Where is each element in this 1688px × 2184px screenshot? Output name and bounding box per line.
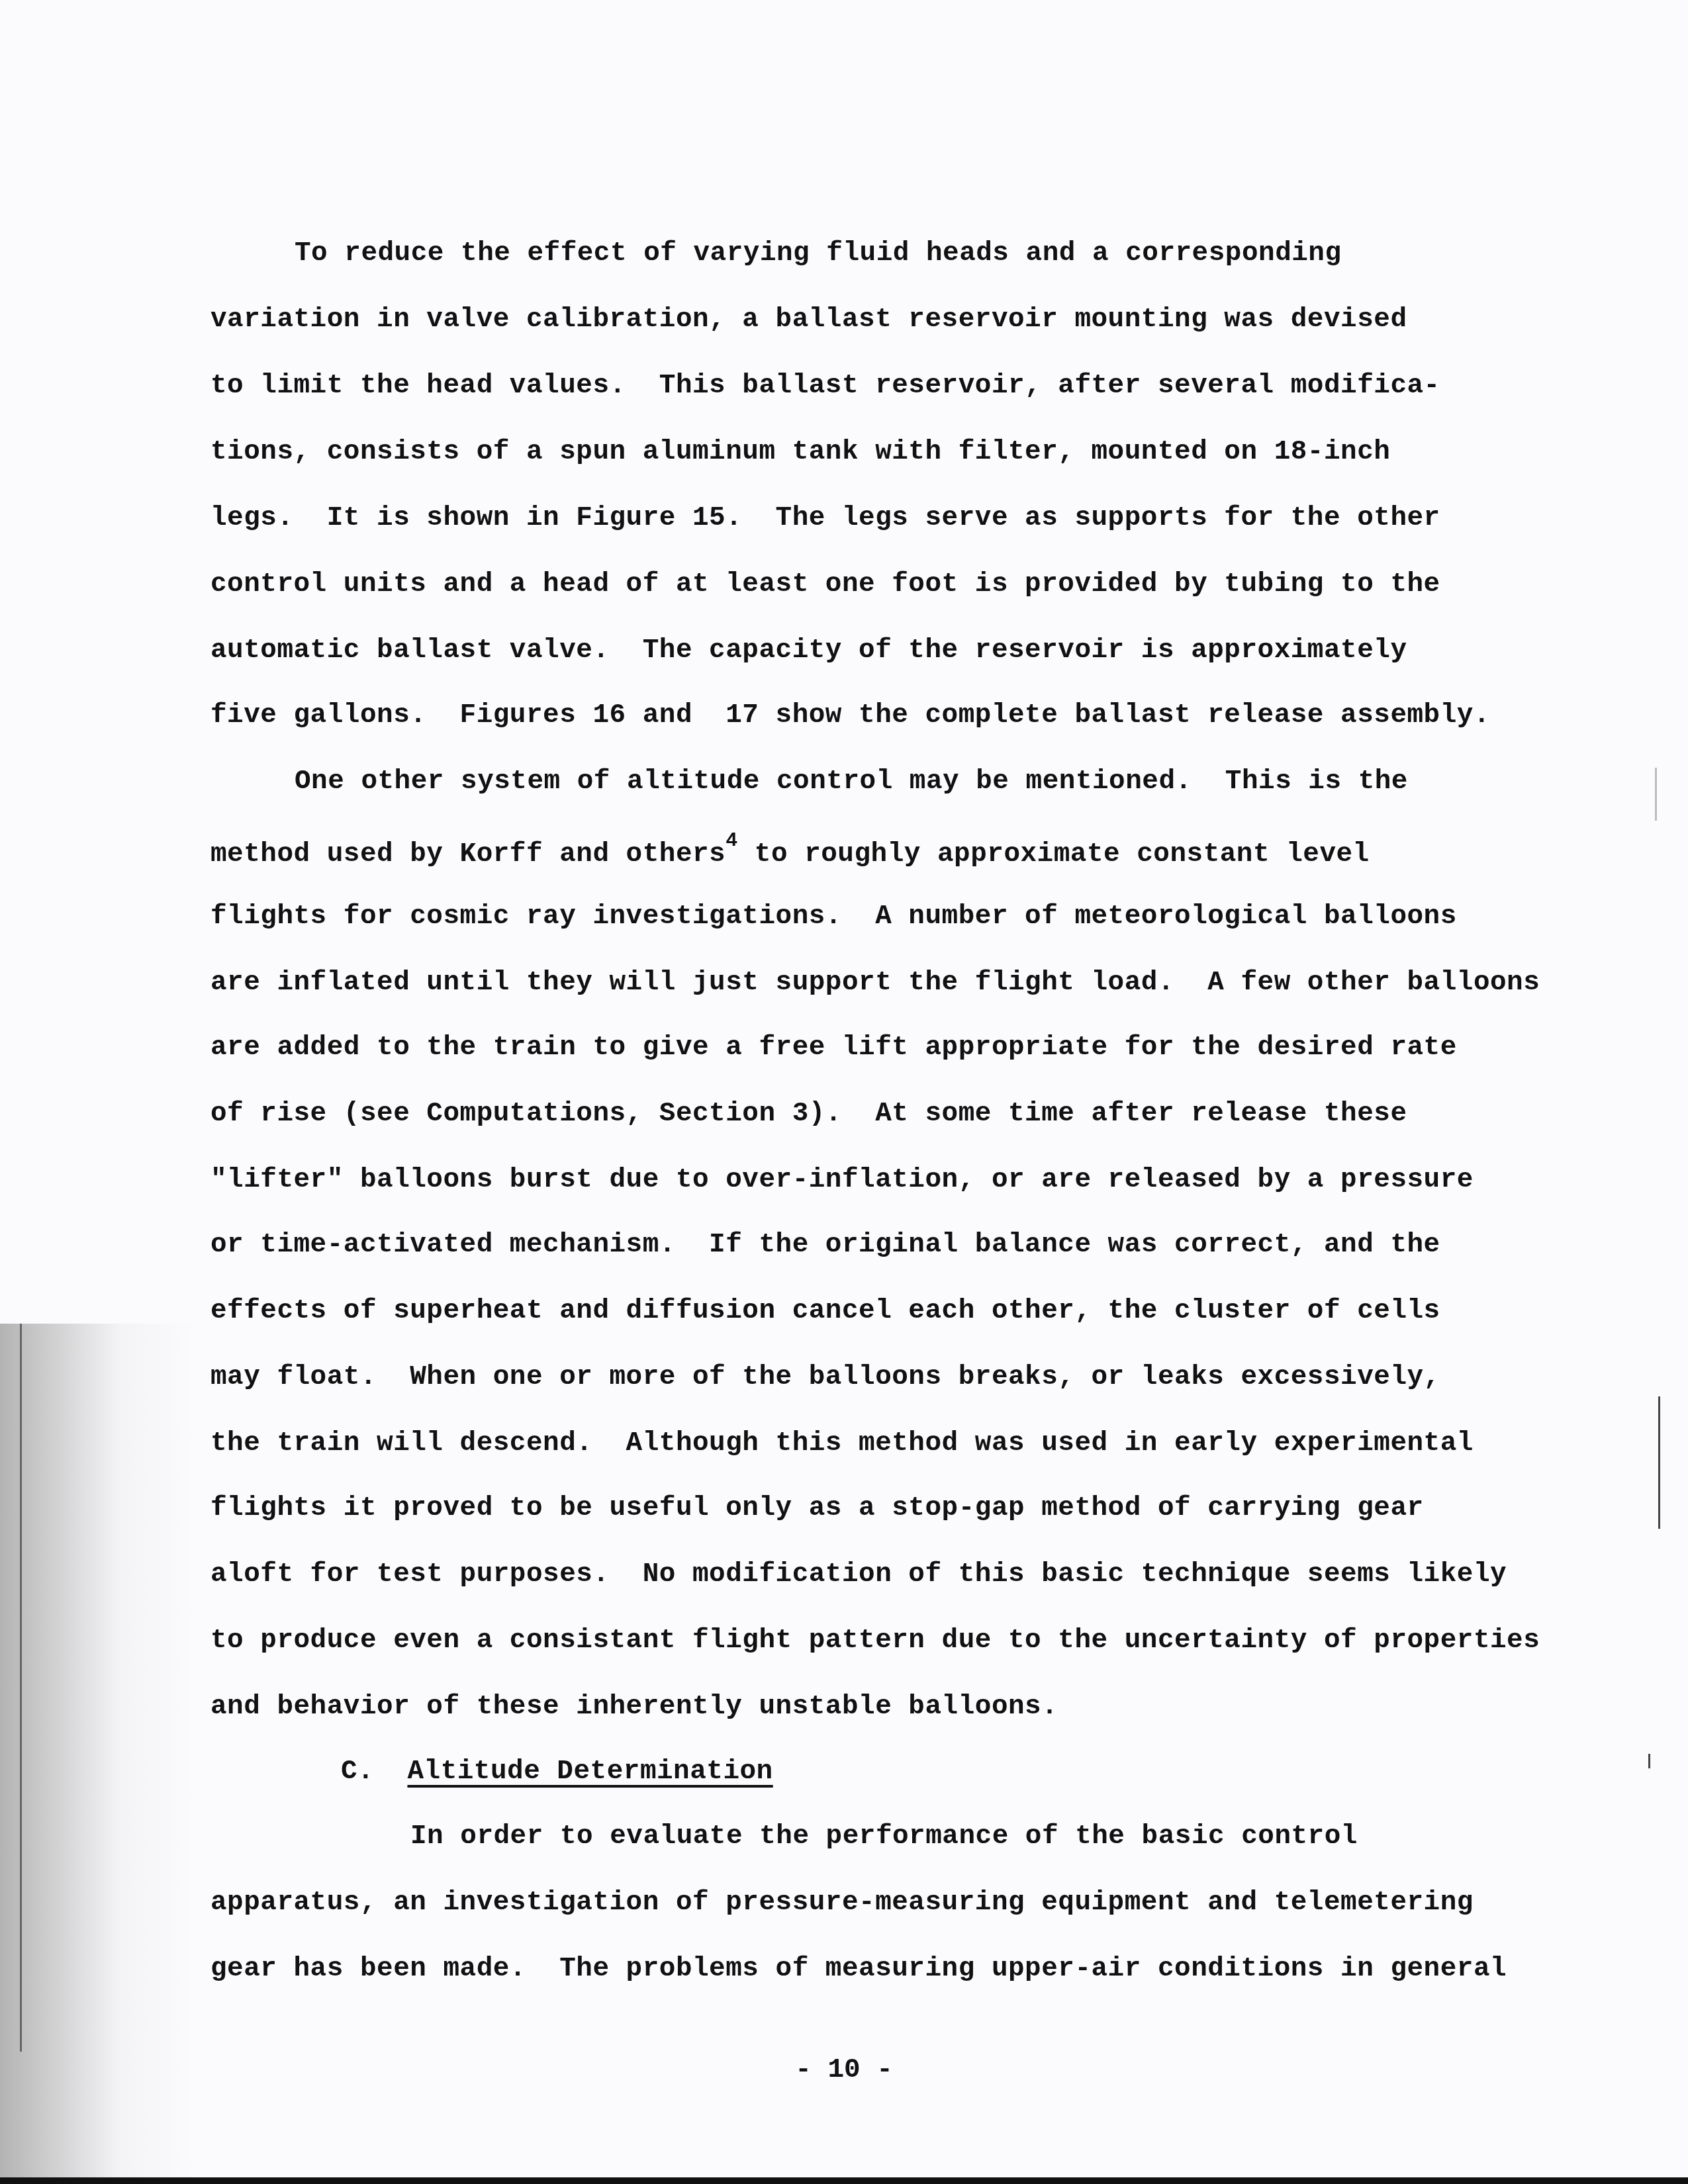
paragraph-1-line: To reduce the effect of varying fluid he… — [295, 238, 1342, 269]
section-title: Altitude Determination — [407, 1756, 773, 1787]
line-text: to roughly approximate constant level — [738, 839, 1370, 870]
section-letter: C. — [341, 1756, 374, 1787]
paragraph-1-line: legs. It is shown in Figure 15. The legs… — [211, 503, 1440, 533]
scan-border — [0, 2177, 1688, 2184]
paragraph-2-line: are inflated until they will just suppor… — [211, 968, 1540, 998]
paragraph-2-line: or time-activated mechanism. If the orig… — [211, 1230, 1440, 1260]
paragraph-1-line: tions, consists of a spun aluminum tank … — [211, 437, 1390, 467]
paragraph-2-line: flights it proved to be useful only as a… — [211, 1493, 1424, 1524]
paragraph-1-line: automatic ballast valve. The capacity of… — [211, 635, 1407, 666]
paragraph-2-line: method used by Korff and others4 to roug… — [211, 835, 1370, 870]
paragraph-2-line: of rise (see Computations, Section 3). A… — [211, 1099, 1407, 1129]
paragraph-2-line: "lifter" balloons burst due to over-infl… — [211, 1165, 1474, 1195]
paragraph-2-line: the train will descend. Although this me… — [211, 1428, 1474, 1459]
line-text: method used by Korff and others — [211, 839, 726, 870]
footnote-reference[interactable]: 4 — [726, 830, 738, 852]
paragraph-1-line: to limit the head values. This ballast r… — [211, 371, 1440, 401]
scan-artifact — [1648, 1754, 1650, 1768]
section-heading: C. Altitude Determination — [341, 1756, 773, 1787]
document-page: To reduce the effect of varying fluid he… — [0, 0, 1688, 2184]
paragraph-2-line: One other system of altitude control may… — [295, 766, 1408, 797]
paragraph-2-line: effects of superheat and diffusion cance… — [211, 1296, 1440, 1326]
paragraph-1-line: variation in valve calibration, a ballas… — [211, 304, 1407, 335]
paragraph-2-line: to produce even a consistant flight patt… — [211, 1625, 1540, 1656]
paragraph-2-line: and behavior of these inherently unstabl… — [211, 1692, 1058, 1722]
section-paragraph-line: In order to evaluate the performance of … — [410, 1821, 1358, 1852]
paragraph-1-line: control units and a head of at least one… — [211, 569, 1440, 600]
section-paragraph-line: gear has been made. The problems of meas… — [211, 1954, 1507, 1984]
paragraph-2-line: may float. When one or more of the ballo… — [211, 1362, 1440, 1392]
page-number: - 10 - — [0, 2055, 1688, 2085]
scan-artifact — [20, 1324, 22, 2052]
scan-artifact — [1658, 1396, 1660, 1529]
paragraph-2-line: aloft for test purposes. No modification… — [211, 1559, 1507, 1590]
section-paragraph-line: apparatus, an investigation of pressure-… — [211, 1888, 1474, 1918]
paragraph-1-line: five gallons. Figures 16 and 17 show the… — [211, 700, 1490, 731]
paragraph-2-line: are added to the train to give a free li… — [211, 1032, 1457, 1063]
scan-artifact — [1655, 768, 1657, 821]
paragraph-2-line: flights for cosmic ray investigations. A… — [211, 901, 1457, 932]
